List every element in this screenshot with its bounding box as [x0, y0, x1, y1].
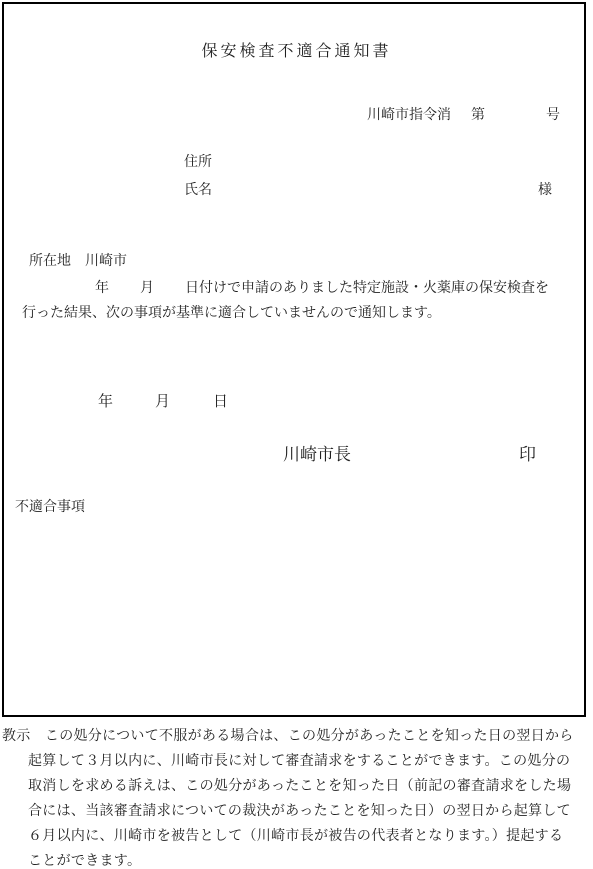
appeal-notice-line: ６月以内に、川崎市を被告として（川崎市長が被告の代表者となります。）提起する [28, 824, 591, 849]
issue-day-label: 日 [213, 390, 228, 411]
document-title: 保安検査不適合通知書 [0, 38, 593, 61]
seal-label: 印 [519, 440, 536, 465]
appeal-notice-line: 合には、当該審査請求についての裁決があったことを知った日）の翌日から起算して [28, 799, 591, 824]
appeal-notice-line: 取消しを求める訴えは、この処分があったことを知った日（前記の審査請求をした場 [28, 774, 591, 799]
honorific-label: 様 [538, 179, 552, 199]
request-line-text: 日付けで申請のありました特定施設・火薬庫の保安検査を [185, 277, 549, 297]
body-line2: 行った結果、次の事項が基準に適合していませんので通知します。 [22, 302, 441, 322]
address-label: 住所 [184, 151, 212, 171]
nonconformity-items-label: 不適合事項 [15, 496, 85, 516]
doc-number-prefix: 川崎市指令消 [367, 104, 451, 124]
location-line: 所在地 川崎市 [29, 250, 127, 270]
doc-number-dai: 第 [471, 104, 485, 124]
appeal-notice-line: 起算して３月以内に、川崎市長に対して審査請求をすることができます。この処分の [28, 749, 591, 774]
issue-month-label: 月 [155, 390, 170, 411]
request-year-label: 年 [95, 277, 109, 297]
name-label: 氏名 [184, 179, 212, 199]
request-month-label: 月 [140, 277, 154, 297]
appeal-notice-line: 教示 この処分について不服がある場合は、この処分があったことを知った日の翌日から [2, 724, 591, 749]
document-border-box [2, 2, 586, 717]
appeal-notice-line: ことができます。 [28, 849, 591, 869]
signature-name: 川崎市長 [283, 440, 351, 465]
document-page: 保安検査不適合通知書 川崎市指令消 第 号 住所 氏名 様 所在地 川崎市 年 … [0, 0, 593, 869]
issue-year-label: 年 [98, 390, 113, 411]
appeal-notice-paragraph: 教示 この処分について不服がある場合は、この処分があったことを知った日の翌日から… [0, 724, 591, 869]
doc-number-go: 号 [546, 104, 560, 124]
